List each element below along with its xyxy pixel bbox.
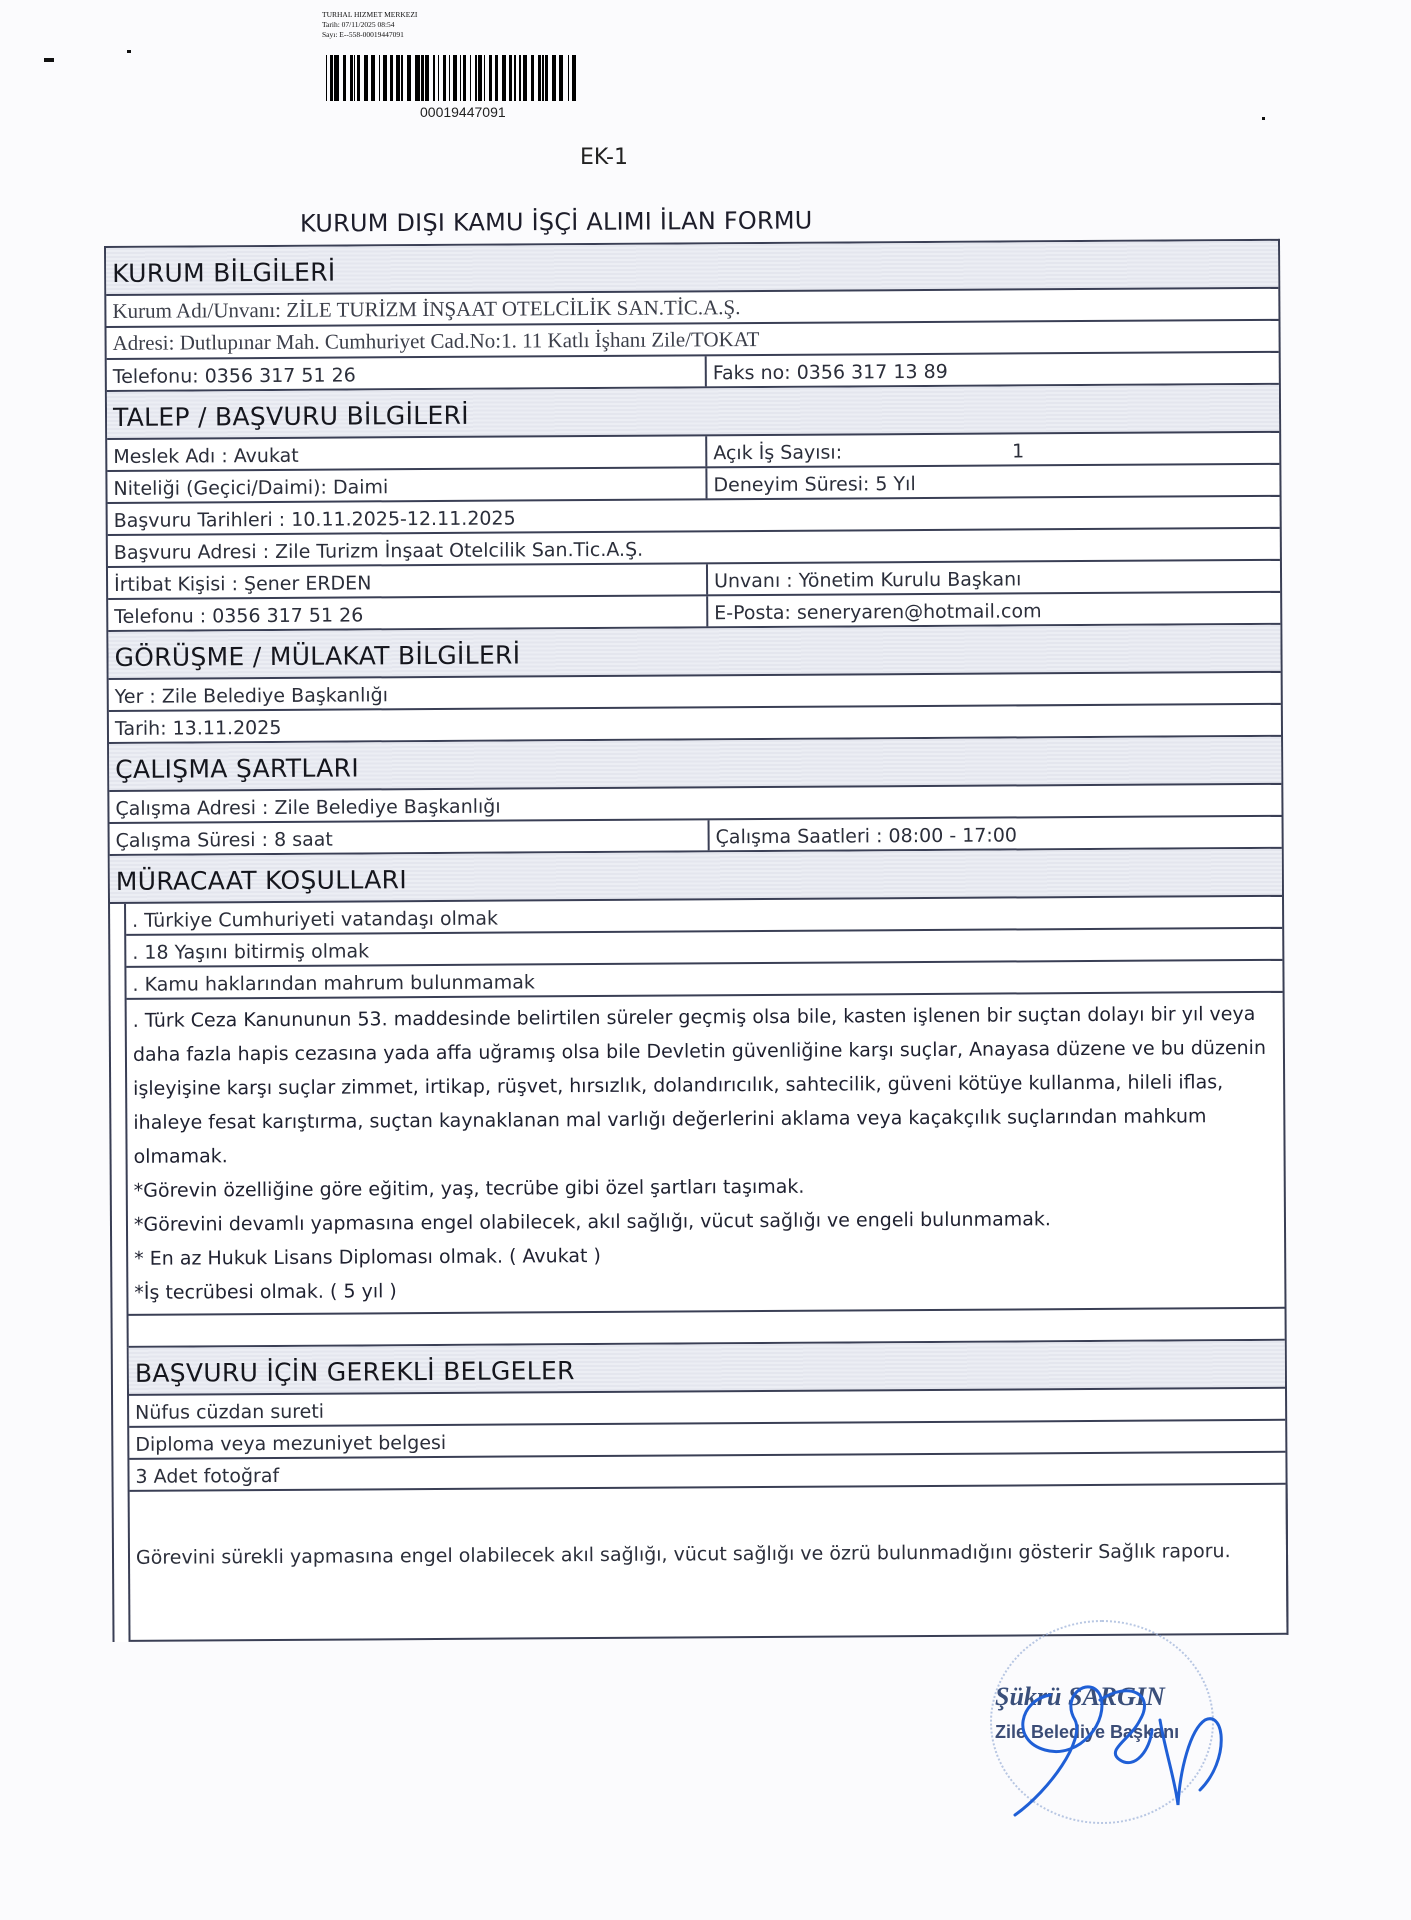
annex-label: EK-1: [580, 145, 628, 170]
barcode-bar: [390, 55, 393, 101]
barcode-bar: [514, 55, 515, 101]
open-positions: Açık İş Sayısı: 1: [707, 433, 1279, 466]
requirement-item: . Kamu haklarından mahrum bulunmamak: [126, 971, 538, 998]
section-kurum-heading: KURUM BİLGİLERİ: [106, 241, 1278, 296]
contact-phone: Telefonu : 0356 317 51 26: [108, 596, 708, 630]
barcode-bar: [401, 55, 402, 101]
interview-place: Yer : Zile Belediye Başkanlığı: [109, 684, 392, 710]
profession: Meslek Adı : Avukat: [107, 436, 707, 470]
barcode-bar: [519, 55, 522, 101]
experience: Deneyim Süresi: 5 Yıl: [707, 465, 1279, 498]
required-document: Nüfus cüzdan sureti: [129, 1401, 328, 1426]
scan-speck: [127, 50, 131, 53]
kurum-address: Adresi: Dutlupınar Mah. Cumhuriyet Cad.N…: [107, 327, 764, 358]
barcode-bar: [350, 55, 353, 101]
barcode-bar: [463, 55, 466, 101]
requirement-paragraph-block: . Türk Ceza Kanununun 53. maddesinde bel…: [127, 993, 1285, 1316]
interview-date: Tarih: 13.11.2025: [109, 717, 286, 742]
required-document: 3 Adet fotoğraf: [129, 1465, 283, 1490]
barcode-bar: [509, 55, 512, 101]
barcode-bar: [326, 55, 327, 101]
signature-block: Şükrü SARGIN Zile Belediye Başkanı: [990, 1600, 1260, 1830]
document-title: KURUM DIŞI KAMU İŞÇİ ALIMI İLAN FORMU: [300, 206, 813, 237]
nature: Niteliği (Geçici/Daimi): Daimi: [107, 468, 707, 502]
documents-block: BAŞVURU İÇİN GEREKLİ BELGELER Nüfus cüzd…: [127, 1341, 1287, 1642]
contact-person: İrtibat Kişisi : Şener ERDEN: [108, 564, 708, 598]
kurum-fax: Faks no: 0356 317 13 89: [707, 353, 1279, 386]
work-hours: Çalışma Saatleri : 08:00 - 17:00: [710, 817, 1282, 850]
barcode-bar: [523, 55, 527, 101]
barcode-bar: [542, 55, 543, 101]
barcode-bar: [502, 55, 506, 101]
barcode-number: 00019447091: [420, 104, 506, 120]
barcode-bar: [478, 55, 482, 101]
barcode-bar: [538, 55, 541, 101]
barcode-bar: [453, 55, 457, 101]
application-dates: Başvuru Tarihleri : 10.11.2025-12.11.202…: [108, 507, 520, 534]
barcode-bar: [421, 55, 424, 101]
barcode-bar: [354, 55, 355, 101]
handwritten-signature-icon: [990, 1600, 1260, 1830]
barcode-bar: [396, 55, 400, 101]
section-talep-heading: TALEP / BAŞVURU BİLGİLERİ: [107, 385, 1279, 440]
barcode-bar: [438, 55, 439, 101]
section-muracaat-heading: MÜRACAAT KOŞULLARI: [110, 849, 1282, 904]
barcode-bar: [449, 55, 450, 101]
open-positions-value: 1: [1012, 440, 1024, 462]
contact-email: E-Posta: seneryaren@hotmail.com: [708, 593, 1280, 626]
barcode-bar: [330, 55, 333, 101]
barcode-bar: [371, 55, 375, 101]
requirement-item: . Türkiye Cumhuriyeti vatandaşı olmak: [126, 908, 502, 934]
kurum-phone: Telefonu: 0356 317 51 26: [107, 356, 707, 390]
barcode-bar: [383, 55, 387, 101]
job-posting-form: KURUM BİLGİLERİ Kurum Adı/Unvanı: ZİLE T…: [104, 239, 1289, 1642]
registry-stamp: TURHAL HIZMET MERKEZI Tarih: 07/11/2025 …: [322, 10, 622, 40]
barcode-bar: [552, 55, 556, 101]
barcode-bar: [470, 55, 471, 101]
requirements-block: . Türkiye Cumhuriyeti vatandaşı olmak . …: [124, 897, 1285, 1348]
barcode-bar: [460, 55, 461, 101]
requirement-item: . 18 Yaşını bitirmiş olmak: [126, 940, 373, 966]
barcode-bar: [531, 55, 534, 101]
required-document: Diploma veya mezuniyet belgesi: [129, 1432, 450, 1458]
barcode-bar: [433, 55, 434, 101]
criminal-record-requirement: . Türk Ceza Kanununun 53. maddesinde bel…: [133, 997, 1276, 1174]
registry-number: Sayı: E--558-00019447091: [322, 30, 622, 40]
barcode-bar: [495, 55, 498, 101]
barcode-bar: [484, 55, 485, 101]
registry-office: TURHAL HIZMET MERKEZI: [322, 10, 622, 20]
barcode-bar: [379, 55, 380, 101]
scan-speck: [44, 58, 54, 62]
barcode: [326, 55, 618, 101]
barcode-bar: [545, 55, 548, 101]
work-duration: Çalışma Süresi : 8 saat: [110, 820, 710, 854]
extra-requirement: *İş tecrübesi olmak. ( 5 yıl ): [134, 1269, 1276, 1310]
barcode-bar: [443, 55, 446, 101]
barcode-bar: [489, 55, 492, 101]
contact-title: Unvanı : Yönetim Kurulu Başkanı: [708, 561, 1280, 594]
work-address: Çalışma Adresi : Zile Belediye Başkanlığ…: [109, 796, 504, 822]
barcode-bar: [334, 55, 338, 101]
barcode-bar: [357, 55, 360, 101]
barcode-bar: [572, 55, 576, 101]
section-belgeler-heading: BAŞVURU İÇİN GEREKLİ BELGELER: [129, 1341, 1285, 1396]
barcode-bar: [568, 55, 569, 101]
barcode-bar: [425, 55, 429, 101]
barcode-bar: [364, 55, 368, 101]
section-gorusme-heading: GÖRÜŞME / MÜLAKAT BİLGİLERİ: [108, 625, 1280, 680]
open-positions-label: Açık İş Sayısı:: [713, 441, 842, 464]
barcode-bar: [415, 55, 419, 101]
application-address: Başvuru Adresi : Zile Turizm İnşaat Otel…: [108, 539, 647, 566]
section-calisma-heading: ÇALIŞMA ŞARTLARI: [109, 737, 1281, 792]
barcode-bar: [559, 55, 563, 101]
barcode-bar: [343, 55, 346, 101]
registry-date: Tarih: 07/11/2025 08:54: [322, 20, 622, 30]
kurum-name: Kurum Adı/Unvanı: ZİLE TURİZM İNŞAAT OTE…: [106, 295, 744, 326]
scan-speck: [1262, 117, 1265, 120]
barcode-bar: [475, 55, 476, 101]
barcode-bar: [407, 55, 411, 101]
